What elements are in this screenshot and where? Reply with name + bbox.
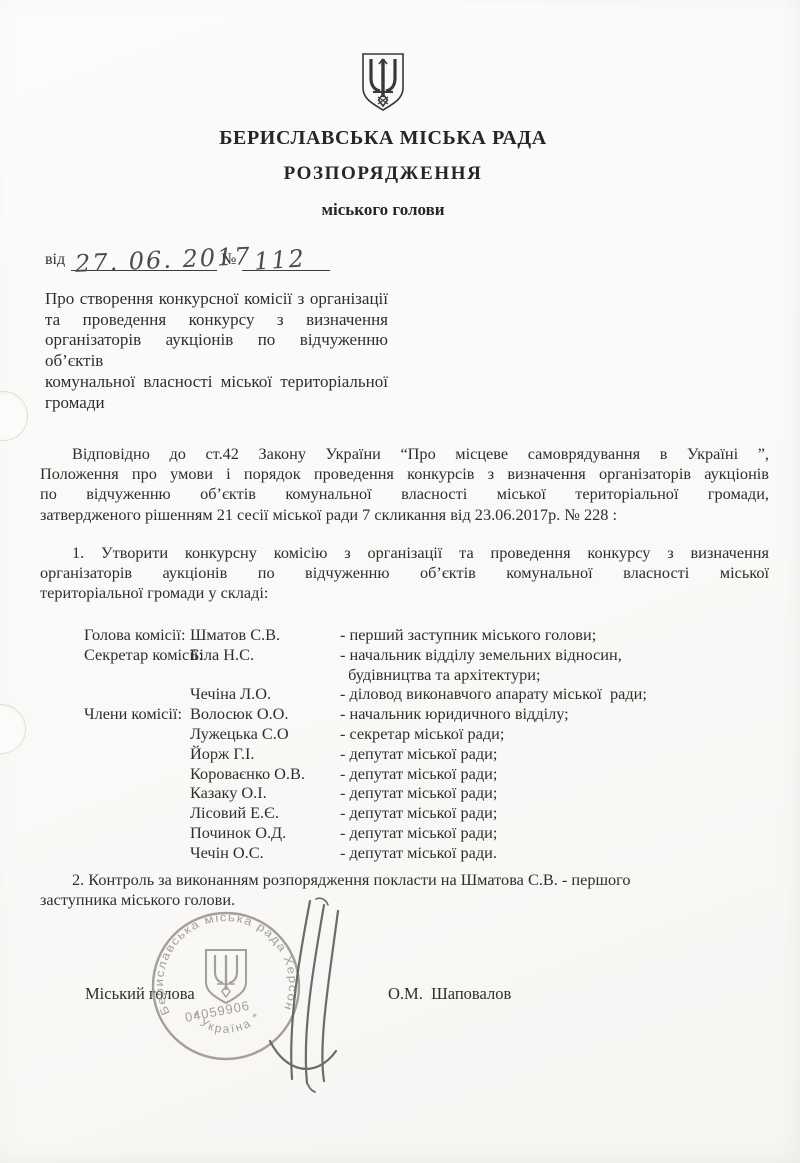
subject-block: Про створення конкурсної комісії з орган… [45, 289, 388, 413]
commission-row: будівництва та архітектури; [84, 665, 768, 685]
commission-row: Члени комісії: Волосюк О.О. - начальник … [84, 704, 768, 724]
paragraph-line: 2. Контроль за виконанням розпорядження … [40, 870, 769, 890]
commission-role [84, 764, 190, 784]
paragraph-line: заступника міського голови. [40, 890, 769, 910]
commission-member-position: - перший заступник міського голови; [340, 625, 768, 645]
paragraph-line: Відповідно до ст.42 Закону України “Про … [40, 444, 769, 464]
commission-role [84, 724, 190, 744]
commission-member-name: Починок О.Д. [190, 823, 340, 843]
commission-member-name: Короваєнко О.В. [190, 764, 340, 784]
body-paragraph-item-2: 2. Контроль за виконанням розпорядження … [40, 870, 769, 910]
commission-row: Секретар комісії: Біла Н.С. - начальник … [84, 645, 768, 665]
date-number-line: від27. 06. 2017 №112 [45, 246, 330, 276]
commission-member-name: Шматов С.В. [190, 625, 340, 645]
commission-member-position: - начальник юридичного відділу; [340, 704, 768, 724]
commission-member-position: - депутат міської ради; [340, 823, 768, 843]
signatory-title: Міський голова [85, 984, 195, 1004]
commission-member-name [190, 665, 340, 685]
body-paragraph-legal-basis: Відповідно до ст.42 Закону України “Про … [40, 444, 769, 525]
commission-role [84, 843, 190, 863]
paragraph-line: Положення про умови і порядок проведення… [40, 464, 769, 484]
commission-member-position: - депутат міської ради; [340, 803, 768, 823]
signature-scribble-icon [250, 893, 370, 1093]
commission-row: Чечіна Л.О. - діловод виконавчого апарат… [84, 684, 768, 704]
commission-member-name: Чечін О.С. [190, 843, 340, 863]
punch-hole-artifact [0, 704, 26, 754]
commission-role: Члени комісії: [84, 704, 190, 724]
scanned-document-page: БЕРИСЛАВСЬКА МІСЬКА РАДА РОЗПОРЯДЖЕННЯ м… [0, 0, 800, 1163]
subject-line: організаторів аукціонів по відчуженню об… [45, 330, 388, 371]
number-value-handwritten: 112 [253, 244, 307, 276]
subject-line: Про створення конкурсної комісії з орган… [45, 289, 388, 310]
commission-member-position: - діловод виконавчого апарату міської ра… [340, 684, 768, 704]
doc-type-title: РОЗПОРЯДЖЕННЯ [0, 163, 766, 185]
date-underline: 27. 06. 2017 [71, 246, 217, 271]
commission-member-position: - начальник відділу земельних відносин, [340, 645, 768, 665]
doc-subtitle: міського голови [0, 200, 766, 220]
commission-member-position: - депутат міської ради. [340, 843, 768, 863]
date-value-handwritten: 27. 06. 2017 [75, 242, 253, 278]
commission-member-name: Лужецька С.О [190, 724, 340, 744]
number-underline: 112 [242, 246, 330, 271]
commission-role [84, 665, 190, 685]
commission-member-name: Лісовий Е.Є. [190, 803, 340, 823]
commission-role: Голова комісії: [84, 625, 190, 645]
commission-role [84, 823, 190, 843]
punch-hole-artifact [0, 391, 28, 441]
commission-row: Починок О.Д. - депутат міської ради; [84, 823, 768, 843]
commission-member-name: Волосюк О.О. [190, 704, 340, 724]
date-label: від [45, 251, 65, 271]
commission-member-position: - секретар міської ради; [340, 724, 768, 744]
commission-member-position: будівництва та архітектури; [340, 665, 768, 685]
org-name: БЕРИСЛАВСЬКА МІСЬКА РАДА [0, 127, 766, 150]
paragraph-line: територіальної громади у складі: [40, 583, 769, 603]
commission-member-name: Чечіна Л.О. [190, 684, 340, 704]
commission-member-position: - депутат міської ради; [340, 764, 768, 784]
seal-country-text: * Україна * [188, 1009, 264, 1036]
commission-role [84, 803, 190, 823]
commission-list: Голова комісії: Шматов С.В. - перший зас… [84, 625, 768, 863]
paragraph-line: по відчуженню об’єктів комунальної власн… [40, 484, 769, 504]
commission-row: Казаку О.І. - депутат міської ради; [84, 783, 768, 803]
commission-member-name: Біла Н.С. [190, 645, 340, 665]
commission-row: Голова комісії: Шматов С.В. - перший зас… [84, 625, 768, 645]
subject-line: громади [45, 393, 388, 414]
paragraph-line: затвердженого рішенням 21 сесії міської … [40, 505, 769, 525]
signatory-name: О.М. Шаповалов [388, 984, 511, 1004]
commission-member-name: Казаку О.І. [190, 783, 340, 803]
commission-role [84, 783, 190, 803]
subject-line: та проведення конкурсу з визначення [45, 310, 388, 331]
paragraph-line: 1. Утворити конкурсну комісію з організа… [40, 543, 769, 563]
commission-role [84, 744, 190, 764]
coat-of-arms-icon [360, 52, 406, 112]
commission-row: Лужецька С.О - секретар міської ради; [84, 724, 768, 744]
commission-member-position: - депутат міської ради; [340, 744, 768, 764]
commission-row: Йорж Г.І. - депутат міської ради; [84, 744, 768, 764]
body-paragraph-item-1: 1. Утворити конкурсну комісію з організа… [40, 543, 769, 604]
commission-row: Короваєнко О.В. - депутат міської ради; [84, 764, 768, 784]
commission-member-name: Йорж Г.І. [190, 744, 340, 764]
subject-line: комунальної власності міської територіал… [45, 372, 388, 393]
commission-row: Чечін О.С. - депутат міської ради. [84, 843, 768, 863]
paragraph-line: організаторів аукціонів по відчуженню об… [40, 563, 769, 583]
commission-member-position: - депутат міської ради; [340, 783, 768, 803]
commission-role [84, 684, 190, 704]
commission-row: Лісовий Е.Є. - депутат міської ради; [84, 803, 768, 823]
commission-role: Секретар комісії: [84, 645, 190, 665]
